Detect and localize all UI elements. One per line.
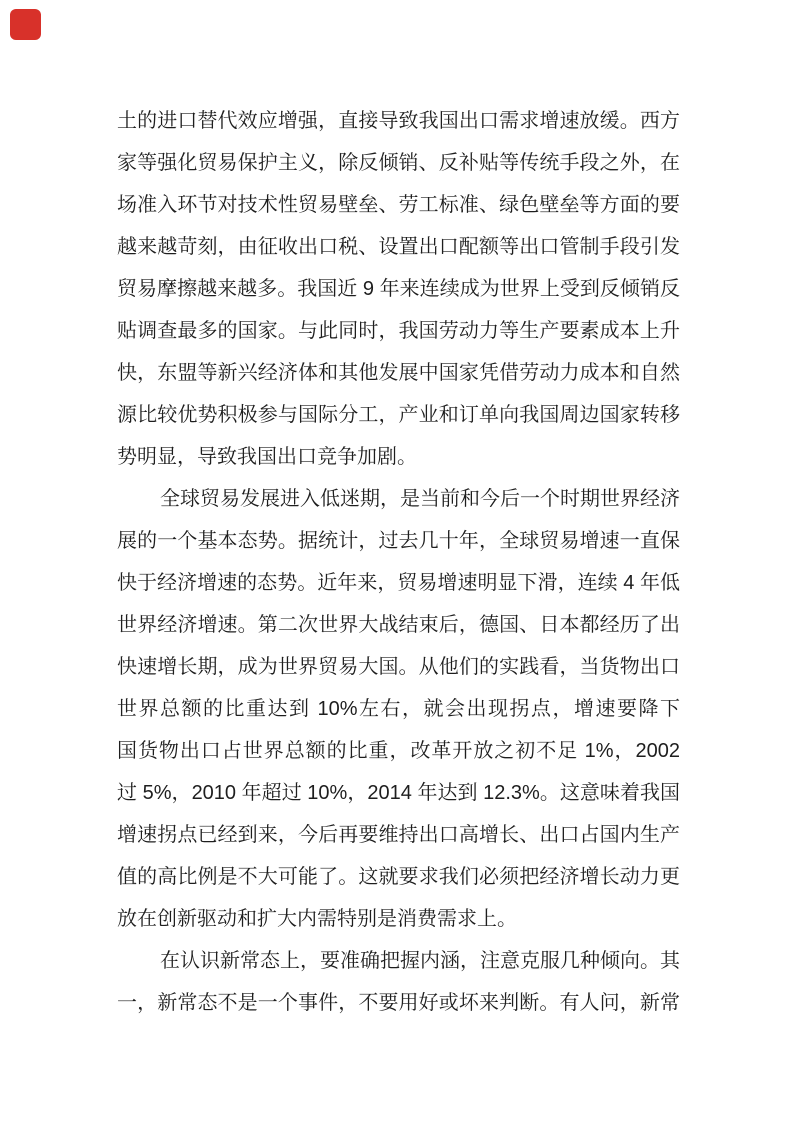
text-line: 快于经济增速的态势。近年来，贸易增速明显下滑，连续 4 年低于 [117, 562, 680, 604]
text-line: 源比较优势积极参与国际分工，产业和订单向我国周边国家转移趋 [117, 394, 680, 436]
text-line: 全球贸易发展进入低迷期，是当前和今后一个时期世界经济发 [117, 478, 680, 520]
text-line: 世界经济增速。第二次世界大战结束后，德国、日本都经历了出口 [117, 604, 680, 646]
text-line: 快，东盟等新兴经济体和其他发展中国家凭借劳动力成本和自然资 [117, 352, 680, 394]
text-line: 世界总额的比重达到 10%左右，就会出现拐点，增速要降下来。我 [117, 688, 680, 730]
text-line: 势明显，导致我国出口竞争加剧。 [117, 436, 680, 478]
text-line: 贸易摩擦越来越多。我国近 9 年来连续成为世界上受到反倾销反补 [117, 268, 680, 310]
text-line: 增速拐点已经到来，今后再要维持出口高增长、出口占国内生产总 [117, 814, 680, 856]
document-body: 土的进口替代效应增强，直接导致我国出口需求增速放缓。西方国家等强化贸易保护主义，… [0, 0, 800, 1024]
text-line: 土的进口替代效应增强，直接导致我国出口需求增速放缓。西方国 [117, 100, 680, 142]
text-line: 展的一个基本态势。据统计，过去几十年，全球贸易增速一直保持 [117, 520, 680, 562]
text-line: 场准入环节对技术性贸易壁垒、劳工标准、绿色壁垒等方面的要求 [117, 184, 680, 226]
text-line: 快速增长期，成为世界贸易大国。从他们的实践看，当货物出口占 [117, 646, 680, 688]
text-line: 值的高比例是不大可能了。这就要求我们必须把经济增长动力更多 [117, 856, 680, 898]
document-page: 土的进口替代效应增强，直接导致我国出口需求增速放缓。西方国家等强化贸易保护主义，… [0, 0, 800, 1130]
text-line: 越来越苛刻，由征收出口税、设置出口配额等出口管制手段引发的 [117, 226, 680, 268]
text-line: 过 5%，2010 年超过 10%，2014 年达到 12.3%。这意味着我国出… [117, 772, 680, 814]
text-line: 贴调查最多的国家。与此同时，我国劳动力等生产要素成本上升较 [117, 310, 680, 352]
text-line: 国货物出口占世界总额的比重，改革开放之初不足 1%，2002 年超 [117, 730, 680, 772]
text-line: 放在创新驱动和扩大内需特别是消费需求上。 [117, 898, 680, 940]
text-line: 一，新常态不是一个事件，不要用好或坏来判断。有人问，新常态 [117, 982, 680, 1024]
text-line: 家等强化贸易保护主义，除反倾销、反补贴等传统手段之外，在市 [117, 142, 680, 184]
text-line: 在认识新常态上，要准确把握内涵，注意克服几种倾向。其 [117, 940, 680, 982]
